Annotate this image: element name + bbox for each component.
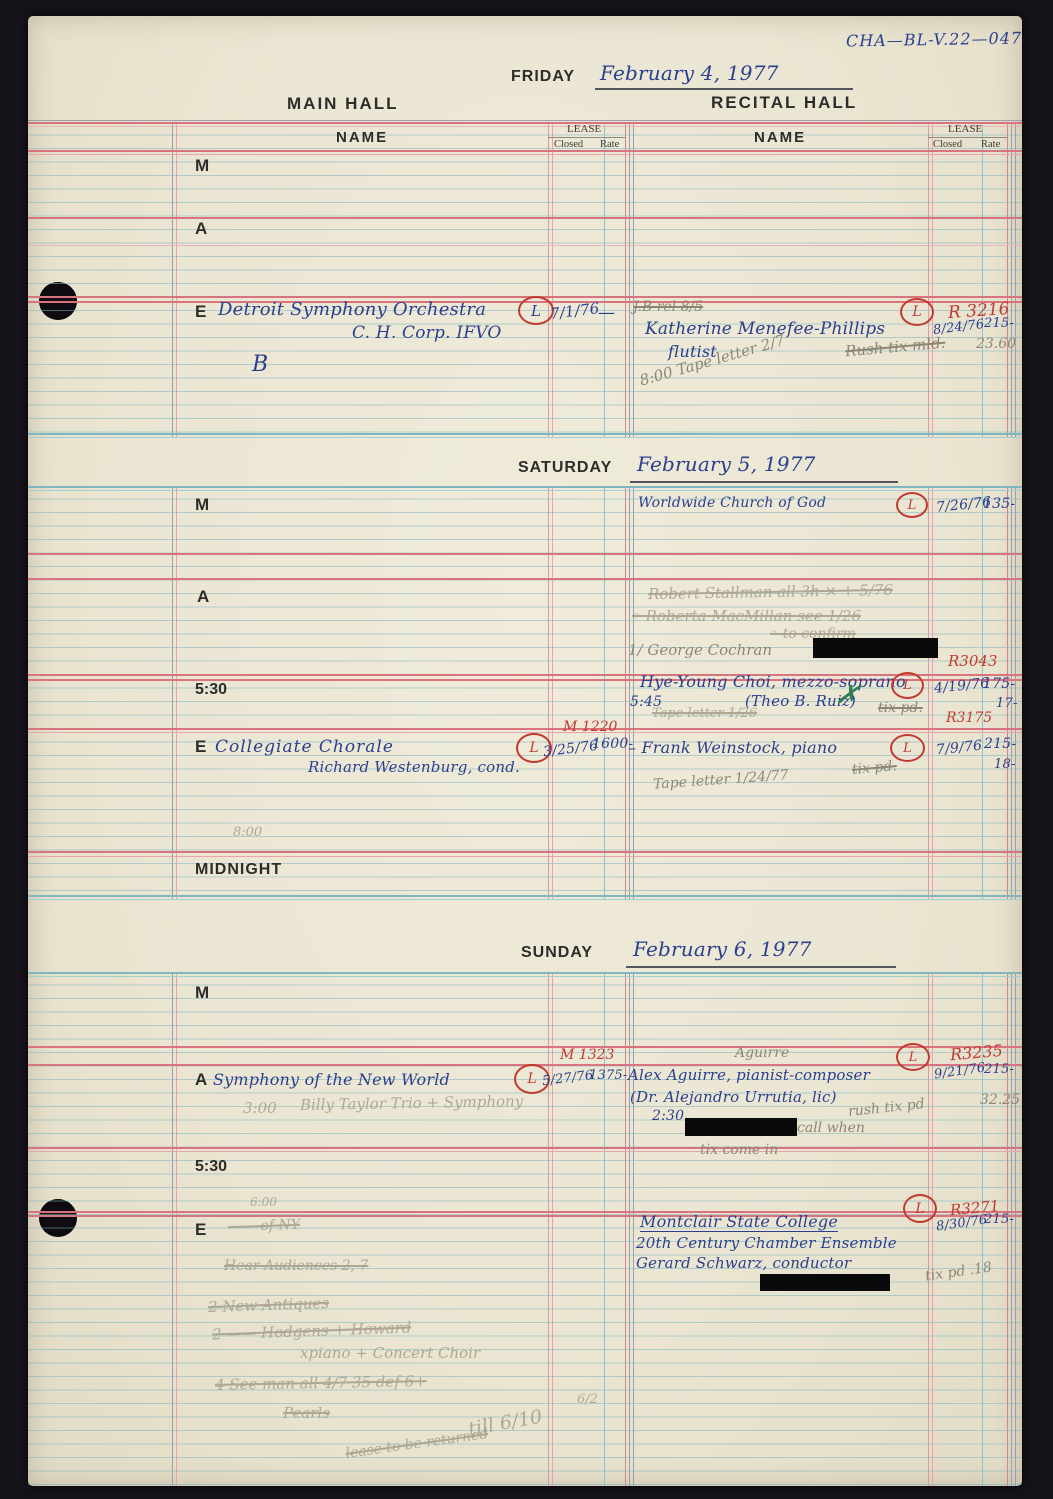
day-label-sunday: SUNDAY: [521, 944, 593, 962]
date-underline: [626, 966, 896, 968]
booking-ref: R3043: [948, 652, 997, 670]
row-label-e: E: [195, 1220, 206, 1240]
entry-name: Montclair State College: [640, 1212, 838, 1232]
lease-rate: 175-: [983, 676, 1015, 692]
punch-hole: [39, 1199, 77, 1237]
lease-closed-check: L: [900, 298, 934, 326]
time-note: 3:00: [243, 1099, 277, 1117]
tape-note: Tape letter 1/26: [652, 706, 757, 721]
scribble: 4 See man all 4/7 35 def 6+: [215, 1372, 427, 1394]
crossed-entry: ◦ Roberta MacMillan see 1/26: [632, 607, 861, 625]
call-note: call when: [797, 1120, 865, 1136]
punch-hole: [39, 282, 77, 320]
scribble: 6/2: [577, 1392, 598, 1407]
tix-note: tix pd.: [878, 700, 923, 716]
pencil-name-above: Aguirre: [735, 1045, 789, 1061]
entry-name2: Richard Westenburg, cond.: [308, 758, 520, 776]
main-hall-heading: MAIN HALL: [287, 94, 398, 114]
row-label-a: A: [195, 1070, 207, 1090]
row-label-a: A: [197, 587, 209, 607]
rate-col-main: Rate: [600, 139, 619, 150]
entry-name: – Frank Weinstock, piano: [628, 738, 837, 757]
scribble: Hear Audiences 2, 7: [224, 1258, 368, 1274]
redaction-box: [760, 1274, 890, 1291]
scribble: Pearls: [283, 1404, 330, 1422]
row-label-e: E: [195, 302, 206, 322]
row-label-m: M: [195, 156, 209, 176]
day-date-sunday: February 6, 1977: [633, 937, 812, 961]
lease-closed-check: L: [891, 672, 924, 699]
green-x-mark: ✗: [834, 677, 862, 713]
entry-note: B: [252, 352, 268, 377]
entry-name3: Gerard Schwarz, conductor: [636, 1254, 851, 1272]
day-date-saturday: February 5, 1977: [637, 452, 816, 476]
lease-rate: 215-: [984, 1212, 1014, 1227]
row-label-530: 5:30: [195, 681, 227, 699]
closed-col-recital: Closed: [933, 139, 962, 150]
name-col-main: NAME: [336, 129, 388, 146]
lease-rate: —: [598, 303, 615, 323]
lease-closed-check: L: [903, 1194, 937, 1223]
lease-rate: 215-: [984, 1062, 1014, 1077]
lease-rate: 215-: [984, 316, 1014, 331]
date-underline: [630, 481, 898, 483]
ledger-scan: CHA—BL-V.22—047 FRIDAY February 4, 1977 …: [0, 0, 1053, 1499]
redaction-box: [813, 638, 938, 658]
lease-col-recital: LEASE: [948, 123, 982, 135]
entry-name2: C. H. Corp. IFVO: [352, 323, 502, 343]
lease-closed-check: L: [518, 296, 554, 325]
lease-rate2: 18-: [994, 757, 1016, 772]
entry-name: Symphony of the New World: [213, 1070, 450, 1089]
lease-rate: 1375-: [589, 1068, 627, 1083]
time-note: 8:00: [233, 825, 262, 840]
call-note: tix come in: [700, 1142, 778, 1158]
row-label-m: M: [195, 495, 209, 515]
entry-name: Worldwide Church of God: [638, 495, 826, 511]
day-label-saturday: SATURDAY: [518, 459, 612, 477]
lease-rate2: 17-: [996, 696, 1018, 711]
row-label-e: E: [195, 737, 206, 757]
name-col-recital: NAME: [754, 129, 806, 146]
day-date-friday: February 4, 1977: [600, 61, 779, 85]
scribble: —— of NY: [228, 1217, 301, 1236]
recital-hall-heading: RECITAL HALL: [711, 93, 857, 113]
row-label-midnight: MIDNIGHT: [195, 861, 282, 879]
rate-extra: 32.25: [980, 1092, 1020, 1108]
lease-col-main: LEASE: [567, 123, 601, 135]
lease-rate: 135-: [983, 496, 1015, 512]
date-underline: [595, 88, 853, 90]
entry-name: 1/ George Cochran: [628, 641, 772, 659]
closed-col-main: Closed: [554, 139, 583, 150]
booking-ref: M 1323: [560, 1047, 614, 1063]
row-label-530: 5:30: [195, 1158, 227, 1176]
rate-col-recital: Rate: [981, 139, 1000, 150]
row-label-a: A: [195, 219, 207, 239]
entry-name: Alex Aguirre, pianist-composer: [628, 1066, 870, 1084]
archive-code: CHA—BL-V.22—047: [846, 28, 1022, 50]
lease-rate: 215-: [984, 736, 1016, 752]
entry-name2: 20th Century Chamber Ensemble: [636, 1234, 897, 1252]
redaction-box: [685, 1118, 797, 1136]
crossed-note: J.B rel 8/5: [633, 299, 703, 315]
entry-name: Detroit Symphony Orchestra: [218, 299, 486, 320]
lease-closed-check: L: [896, 492, 928, 518]
booking-ref: M 1220: [563, 719, 617, 735]
scribble: xpiano + Concert Choir: [300, 1344, 480, 1362]
time-note: 6:00: [250, 1195, 277, 1209]
row-label-m: M: [195, 983, 209, 1003]
booking-ref: R3175: [946, 710, 992, 726]
entry-name: Hye-Young Choi, mezzo-soprano: [640, 672, 906, 691]
rate-extra: 23.60: [976, 336, 1016, 352]
day-label-friday: FRIDAY: [511, 68, 575, 86]
entry-name: Collegiate Chorale: [215, 737, 394, 757]
lease-closed-check: L: [896, 1043, 930, 1071]
entry-name2: (Dr. Alejandro Urrutia, lic): [630, 1088, 837, 1106]
entry-time: 2:30: [652, 1108, 684, 1124]
